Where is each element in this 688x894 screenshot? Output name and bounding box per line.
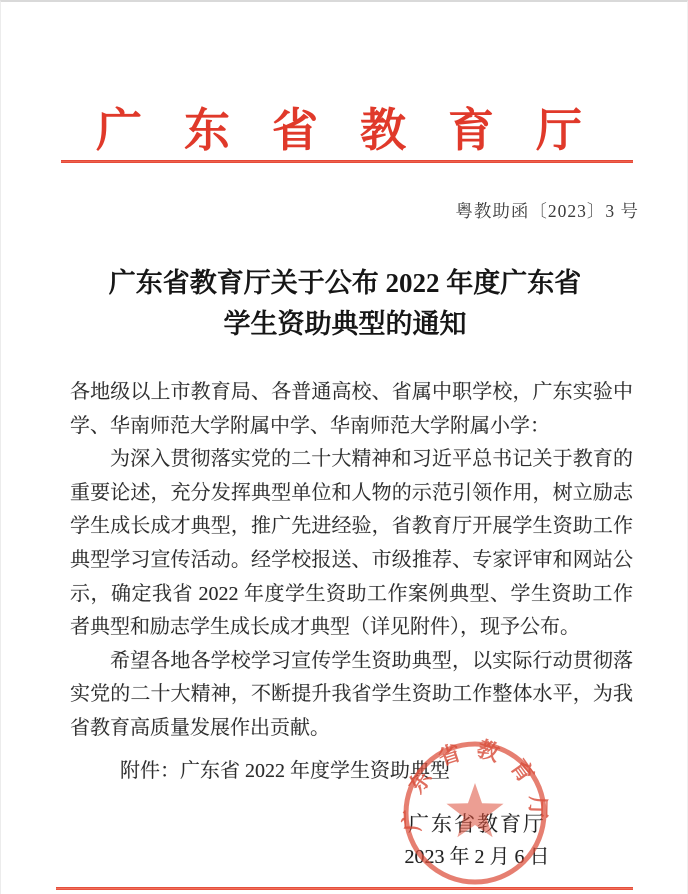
document-title: 广东省教育厅关于公布 2022 年度广东省 学生资助典型的通知 bbox=[1, 263, 688, 345]
document-body: 各地级以上市教育局、各普通高校、省属中职学校，广东实验中学、华南师范大学附属中学… bbox=[70, 376, 633, 746]
attachment-line: 附件：广东省 2022 年度学生资助典型 bbox=[70, 754, 633, 783]
signature-agency: 广东省教育厅 bbox=[404, 808, 550, 838]
document-title-line1: 广东省教育厅关于公布 2022 年度广东省 bbox=[1, 263, 688, 304]
signature-date: 2023 年 2 月 6 日 bbox=[397, 840, 557, 869]
document-number: 粤教助函〔2023〕3 号 bbox=[455, 198, 639, 223]
official-document-page: 广东省教育厅 粤教助函〔2023〕3 号 广东省教育厅关于公布 2022 年度广… bbox=[0, 0, 688, 894]
body-paragraph-1: 为深入贯彻落实党的二十大精神和习近平总书记关于教育的重要论述，充分发挥典型单位和… bbox=[70, 443, 633, 645]
footer-red-rule bbox=[56, 887, 633, 890]
document-title-line2: 学生资助典型的通知 bbox=[1, 304, 688, 345]
body-paragraph-2: 希望各地各学校学习宣传学生资助典型，以实际行动贯彻落实党的二十大精神，不断提升我… bbox=[70, 645, 633, 746]
header-red-rule bbox=[61, 160, 633, 163]
salutation-paragraph: 各地级以上市教育局、各普通高校、省属中职学校，广东实验中学、华南师范大学附属中学… bbox=[70, 376, 633, 443]
agency-header-title: 广东省教育厅 bbox=[1, 94, 688, 160]
